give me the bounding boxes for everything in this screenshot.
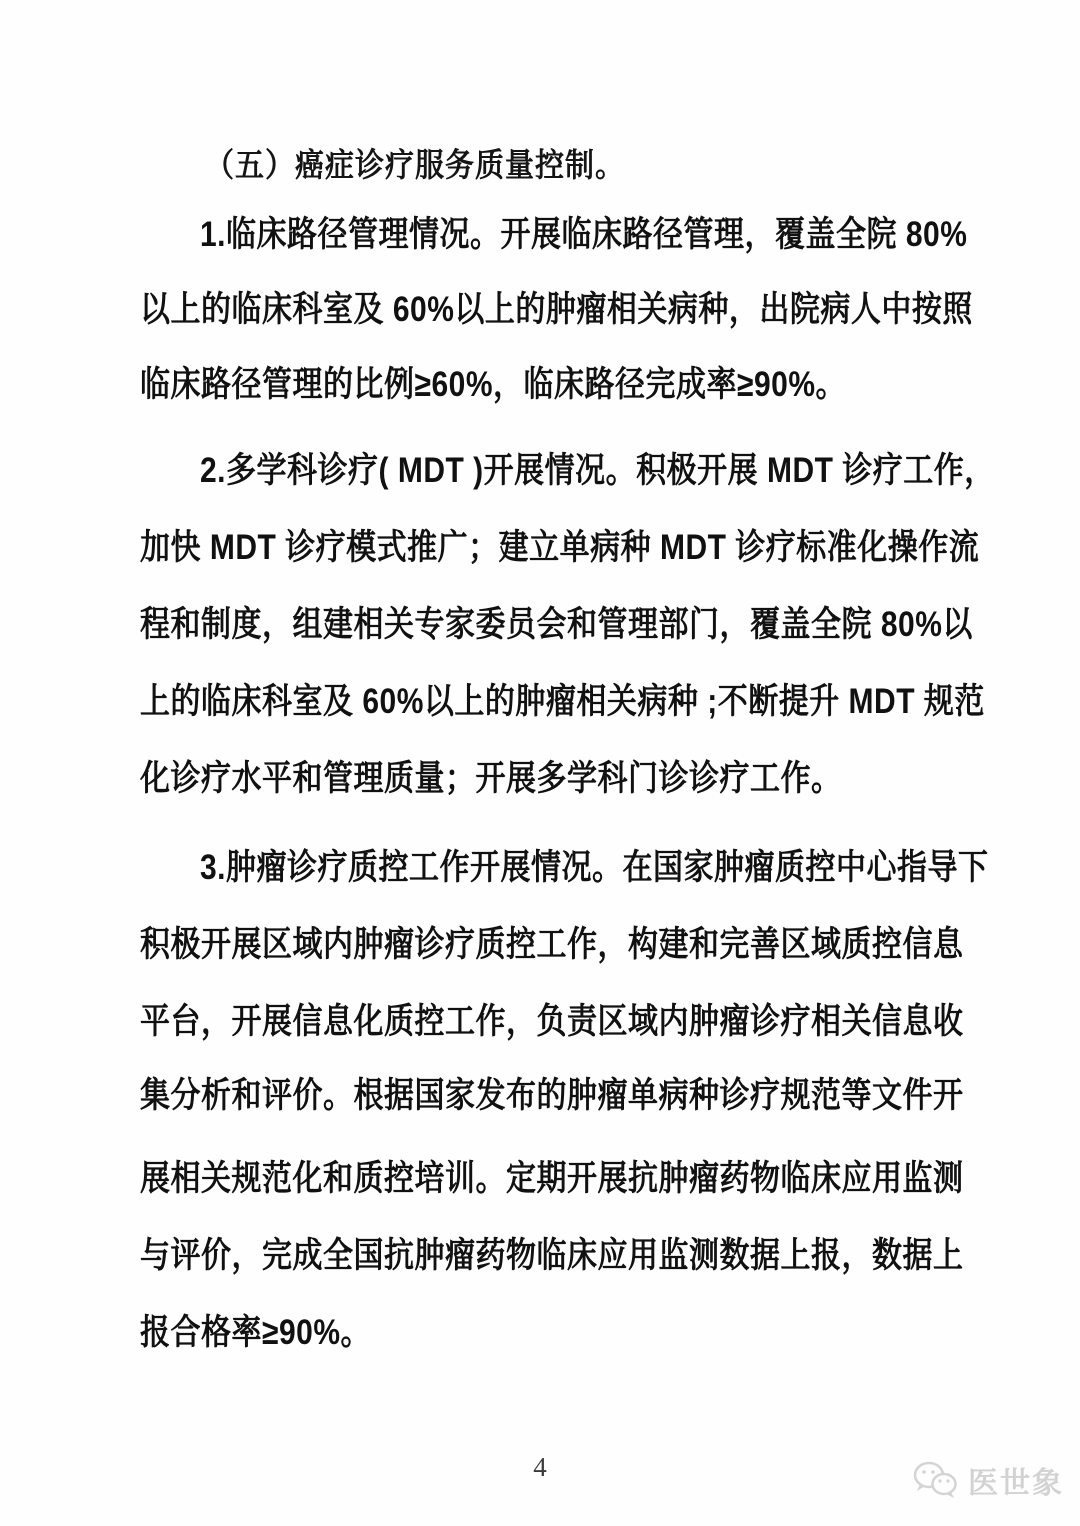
paragraph-line: 与评价，完成全国抗肿瘤药物临床应用监测数据上报，数据上 <box>140 1234 940 1279</box>
section-heading: （五）癌症诊疗服务质量控制。 <box>205 140 625 186</box>
paragraph-line: 报合格率≥90%。 <box>140 1311 940 1356</box>
paragraph-line: 平台，开展信息化质控工作，负责区域内肿瘤诊疗相关信息收 <box>140 1000 940 1045</box>
paragraph-line: 程和制度，组建相关专家委员会和管理部门，覆盖全院 80%以 <box>140 603 940 648</box>
paragraph-line: 集分析和评价。根据国家发布的肿瘤单病种诊疗规范等文件开 <box>140 1074 940 1119</box>
watermark: 医世象 <box>912 1458 1064 1502</box>
paragraph-line: 以上的临床科室及 60%以上的肿瘤相关病种，出院病人中按照 <box>140 288 940 333</box>
paragraph-line: 积极开展区域内肿瘤诊疗质控工作，构建和完善区域质控信息 <box>140 923 940 968</box>
paragraph-line: 上的临床科室及 60%以上的肿瘤相关病种 ;不断提升 MDT 规范 <box>140 680 940 725</box>
paragraph-line: 1.临床路径管理情况。开展临床路径管理，覆盖全院 80% <box>140 213 940 258</box>
paragraph-line: 展相关规范化和质控培训。定期开展抗肿瘤药物临床应用监测 <box>140 1157 940 1202</box>
paragraph-line: 临床路径管理的比例≥60%，临床路径完成率≥90%。 <box>140 363 940 408</box>
watermark-text: 医世象 <box>968 1458 1064 1502</box>
paragraph-line: 3.肿瘤诊疗质控工作开展情况。在国家肿瘤质控中心指导下 <box>140 846 940 891</box>
wechat-icon <box>912 1460 960 1500</box>
document-page: （五）癌症诊疗服务质量控制。 1.临床路径管理情况。开展临床路径管理，覆盖全院 … <box>0 0 1080 1526</box>
paragraph-line: 化诊疗水平和管理质量；开展多学科门诊诊疗工作。 <box>140 757 940 802</box>
paragraph-line: 2.多学科诊疗( MDT )开展情况。积极开展 MDT 诊疗工作， <box>140 449 940 494</box>
paragraph-line: 加快 MDT 诊疗模式推广；建立单病种 MDT 诊疗标准化操作流 <box>140 526 940 571</box>
